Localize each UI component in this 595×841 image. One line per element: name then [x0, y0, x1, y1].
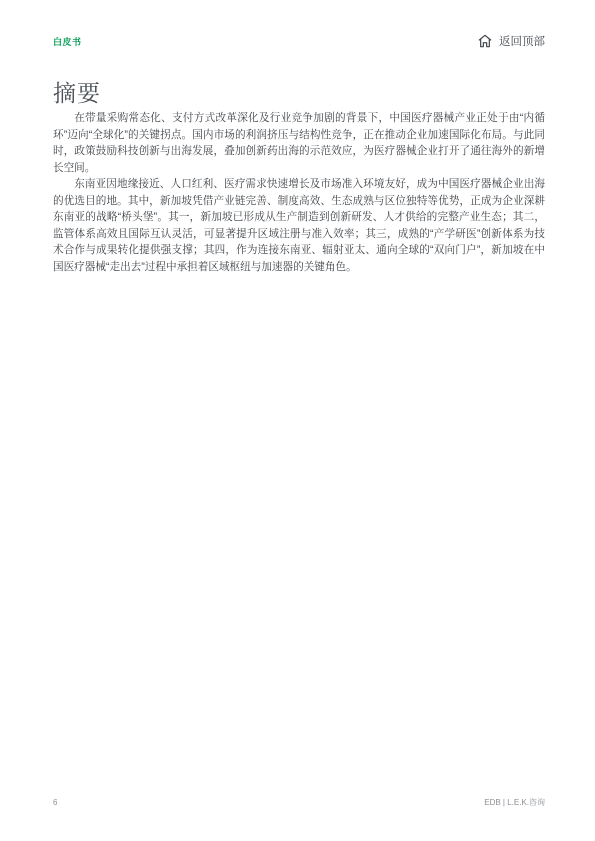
abstract-body: 在带量采购常态化、支付方式改革深化及行业竞争加剧的背景下，中国医疗器械产业正处于…	[53, 110, 545, 275]
abstract-paragraph-2: 东南亚因地缘接近、人口红利、医疗需求快速增长及市场准入环境友好，成为中国医疗器械…	[53, 176, 545, 275]
back-to-top-button[interactable]: 返回顶部	[477, 33, 545, 49]
page-footer: 6 EDB | L.E.K.咨询	[53, 797, 545, 808]
doc-type-label: 白皮书	[53, 35, 82, 48]
page-header: 白皮书 返回顶部	[53, 30, 545, 52]
document-page: 白皮书 返回顶部 摘要 在带量采购常态化、支付方式改革深化及行业竞争加剧的背景下…	[0, 0, 595, 841]
back-to-top-label: 返回顶部	[499, 33, 545, 49]
page-title: 摘要	[53, 75, 101, 108]
page-number: 6	[53, 798, 57, 807]
home-icon	[477, 33, 493, 49]
brand-footer: EDB | L.E.K.咨询	[484, 797, 545, 808]
abstract-paragraph-1: 在带量采购常态化、支付方式改革深化及行业竞争加剧的背景下，中国医疗器械产业正处于…	[53, 110, 545, 176]
